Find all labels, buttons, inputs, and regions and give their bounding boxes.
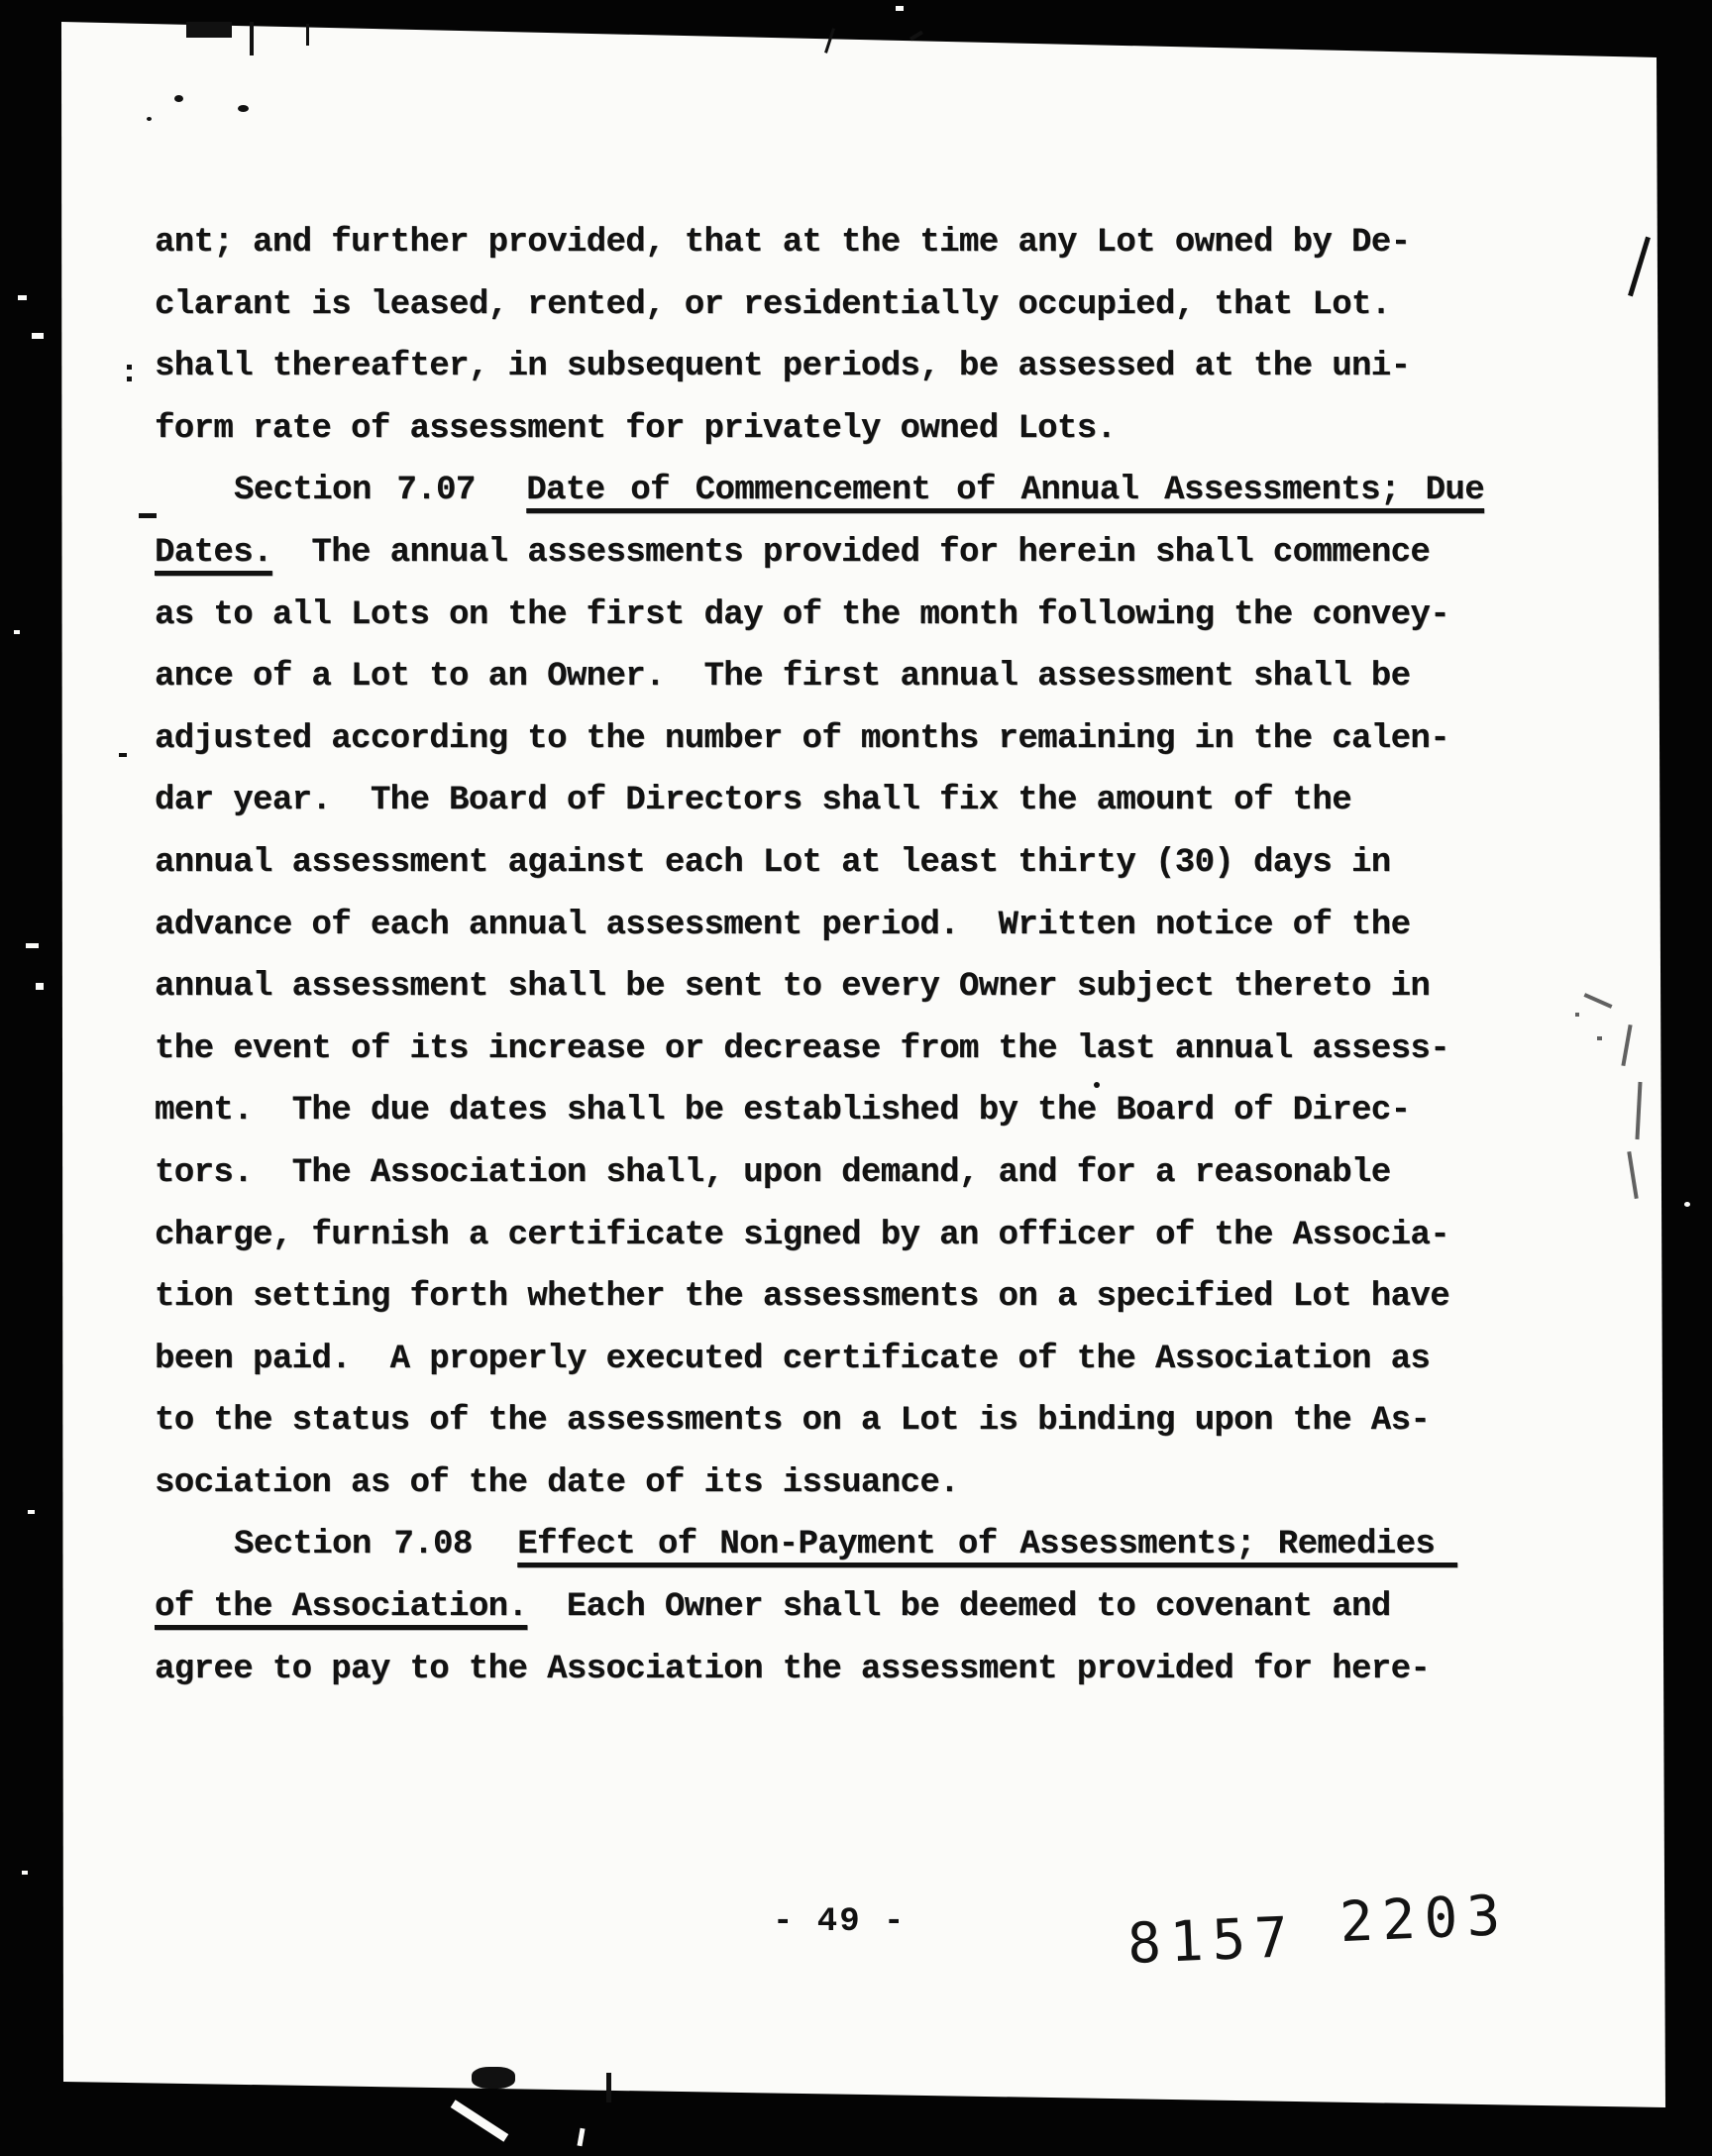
scan-artifact: [26, 943, 39, 948]
text-line: Section 7.07 Date of Commencement of Ann…: [155, 472, 1561, 534]
page-number: - 49 -: [773, 1903, 906, 1941]
scan-artifact: [119, 753, 127, 757]
text-line: tors. The Association shall, upon demand…: [155, 1154, 1561, 1217]
scan-artifact: [909, 31, 923, 42]
text-line: the event of its increase or decrease fr…: [155, 1030, 1561, 1093]
scan-artifact: [238, 105, 249, 112]
scan-artifact: [127, 377, 132, 381]
scan-artifact: [1597, 1036, 1602, 1040]
scan-artifact: [250, 22, 254, 55]
text-line: sociation as of the date of its issuance…: [155, 1464, 1561, 1527]
scan-artifact: [32, 333, 44, 339]
scan-artifact: [186, 22, 232, 38]
text-line: been paid. A properly executed certifica…: [155, 1341, 1561, 1403]
scan-artifact: [577, 2128, 585, 2147]
scan-artifact: [472, 2067, 515, 2089]
text-line: ment. The due dates shall be established…: [155, 1092, 1561, 1154]
text-line: clarant is leased, rented, or residentia…: [155, 286, 1561, 349]
text-line: charge, furnish a certificate signed by …: [155, 1217, 1561, 1279]
scan-artifact: [174, 95, 183, 102]
text-line: ant; and further provided, that at the t…: [155, 224, 1561, 286]
scan-artifact: [306, 24, 309, 46]
scan-artifact: [139, 513, 157, 518]
scan-artifact: [451, 2100, 509, 2141]
scan-artifact: [1575, 1013, 1579, 1017]
text-body: ant; and further provided, that at the t…: [155, 224, 1561, 1712]
stamp-number-left: 8157: [1126, 1905, 1298, 1977]
text-line: adjusted according to the number of mont…: [155, 720, 1561, 783]
scan-artifact: [1094, 1082, 1100, 1088]
text-line: advance of each annual assessment period…: [155, 907, 1561, 969]
text-line: shall thereafter, in subsequent periods,…: [155, 348, 1561, 410]
scan-artifact: [147, 117, 152, 121]
text-line: as to all Lots on the first day of the m…: [155, 596, 1561, 659]
scan-artifact: [896, 6, 904, 11]
text-line: Dates. The annual assessments provided f…: [155, 534, 1561, 596]
text-line: annual assessment against each Lot at le…: [155, 844, 1561, 907]
scanned-document: ant; and further provided, that at the t…: [0, 0, 1712, 2156]
text-line: agree to pay to the Association the asse…: [155, 1651, 1561, 1713]
scan-artifact: [1684, 1202, 1690, 1207]
scan-artifact: [22, 1871, 28, 1875]
text-line: Section 7.08 Effect of Non-Payment of As…: [155, 1526, 1561, 1588]
text-line: form rate of assessment for privately ow…: [155, 410, 1561, 473]
stamp-number-right: 2203: [1338, 1884, 1510, 1955]
text-line: tion setting forth whether the assessmen…: [155, 1278, 1561, 1341]
text-line: annual assessment shall be sent to every…: [155, 968, 1561, 1030]
scan-artifact: [14, 630, 20, 634]
text-line: dar year. The Board of Directors shall f…: [155, 782, 1561, 844]
scan-artifact: [606, 2073, 611, 2102]
text-line: ance of a Lot to an Owner. The first ann…: [155, 658, 1561, 720]
scan-artifact: [18, 295, 27, 300]
text-line: of the Association. Each Owner shall be …: [155, 1588, 1561, 1651]
text-line: to the status of the assessments on a Lo…: [155, 1402, 1561, 1464]
scan-artifact: [36, 983, 44, 990]
scan-artifact: [127, 365, 132, 370]
scan-artifact: [28, 1510, 35, 1514]
